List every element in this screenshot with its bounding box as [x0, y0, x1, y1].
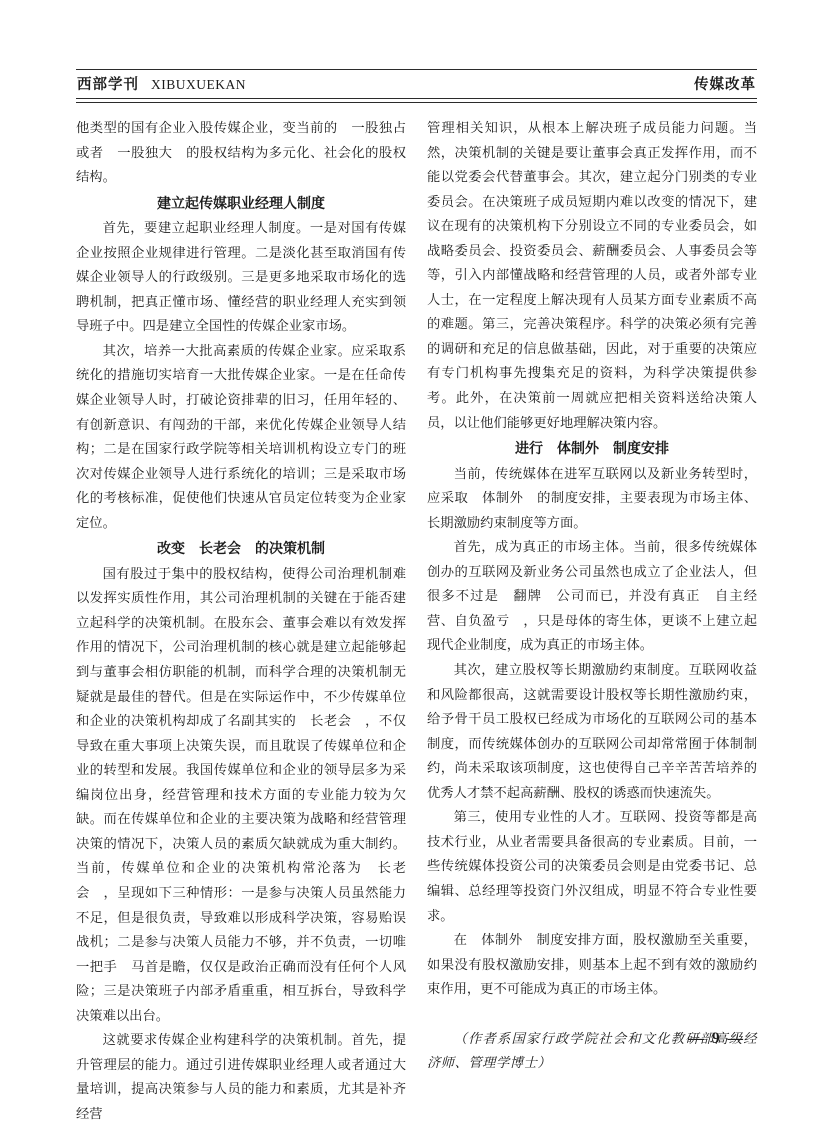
header-double-rule	[76, 98, 757, 103]
journal-title-group: 西部学刊 XIBUXUEKAN	[77, 73, 246, 94]
paragraph: 其次，建立股权等长期激励约束制度。互联网收益和风险都很高，这就需要设计股权等长期…	[427, 658, 757, 805]
section-heading: 进行 体制外 制度安排	[427, 436, 757, 461]
paragraph: 当前，传统媒体在进军互联网以及新业务转型时，应采取 体制外 的制度安排，主要表现…	[427, 462, 757, 536]
paragraph: 这就要求传媒企业构建科学的决策机制。首先，提升管理层的能力。通过引进传媒职业经理…	[76, 1028, 406, 1123]
right-column: 管理相关知识，从根本上解决班子成员能力问题。当然，决策机制的关键是要让董事会真正…	[427, 116, 757, 1123]
section-heading: 改变 长老会 的决策机制	[76, 536, 406, 561]
journal-title-en: XIBUXUEKAN	[151, 77, 246, 93]
paragraph: 在 体制外 制度安排方面，股权激励至关重要，如果没有股权激励安排，则基本上起不到…	[427, 928, 757, 1002]
section-heading: 建立起传媒职业经理人制度	[76, 191, 406, 216]
paragraph: 首先，成为真正的市场主体。当前，很多传统媒体创办的互联网及新业务公司虽然也成立了…	[427, 535, 757, 658]
paragraph: 管理相关知识，从根本上解决班子成员能力问题。当然，决策机制的关键是要让董事会真正…	[427, 116, 757, 435]
paragraph: 其次，培养一大批高素质的传媒企业家。应采取系统化的措施切实培育一大批传媒企业家。…	[76, 339, 406, 535]
left-column: 他类型的国有企业入股传媒企业，变当前的 一股独占 或者 一股独大 的股权结构为多…	[76, 116, 406, 1123]
journal-title-cn: 西部学刊	[77, 73, 139, 94]
paragraph: 国有股过于集中的股权结构，使得公司治理机制难以发挥实质性作用，其公司治理机制的关…	[76, 562, 406, 1028]
page-number: — 9 —	[689, 1030, 746, 1048]
paragraph: 他类型的国有企业入股传媒企业，变当前的 一股独占 或者 一股独大 的股权结构为多…	[76, 116, 406, 190]
section-name: 传媒改革	[694, 73, 756, 94]
paragraph: 第三，使用专业性的人才。互联网、投资等都是高技术行业，从业者需要具备很高的专业素…	[427, 805, 757, 928]
paragraph: 首先，要建立起职业经理人制度。一是对国有传媒企业按照企业规律进行管理。二是淡化甚…	[76, 216, 406, 339]
page-header: 西部学刊 XIBUXUEKAN 传媒改革	[76, 70, 757, 98]
article-body: 他类型的国有企业入股传媒企业，变当前的 一股独占 或者 一股独大 的股权结构为多…	[76, 116, 757, 1123]
journal-page: 西部学刊 XIBUXUEKAN 传媒改革 他类型的国有企业入股传媒企业，变当前的…	[0, 0, 833, 1123]
